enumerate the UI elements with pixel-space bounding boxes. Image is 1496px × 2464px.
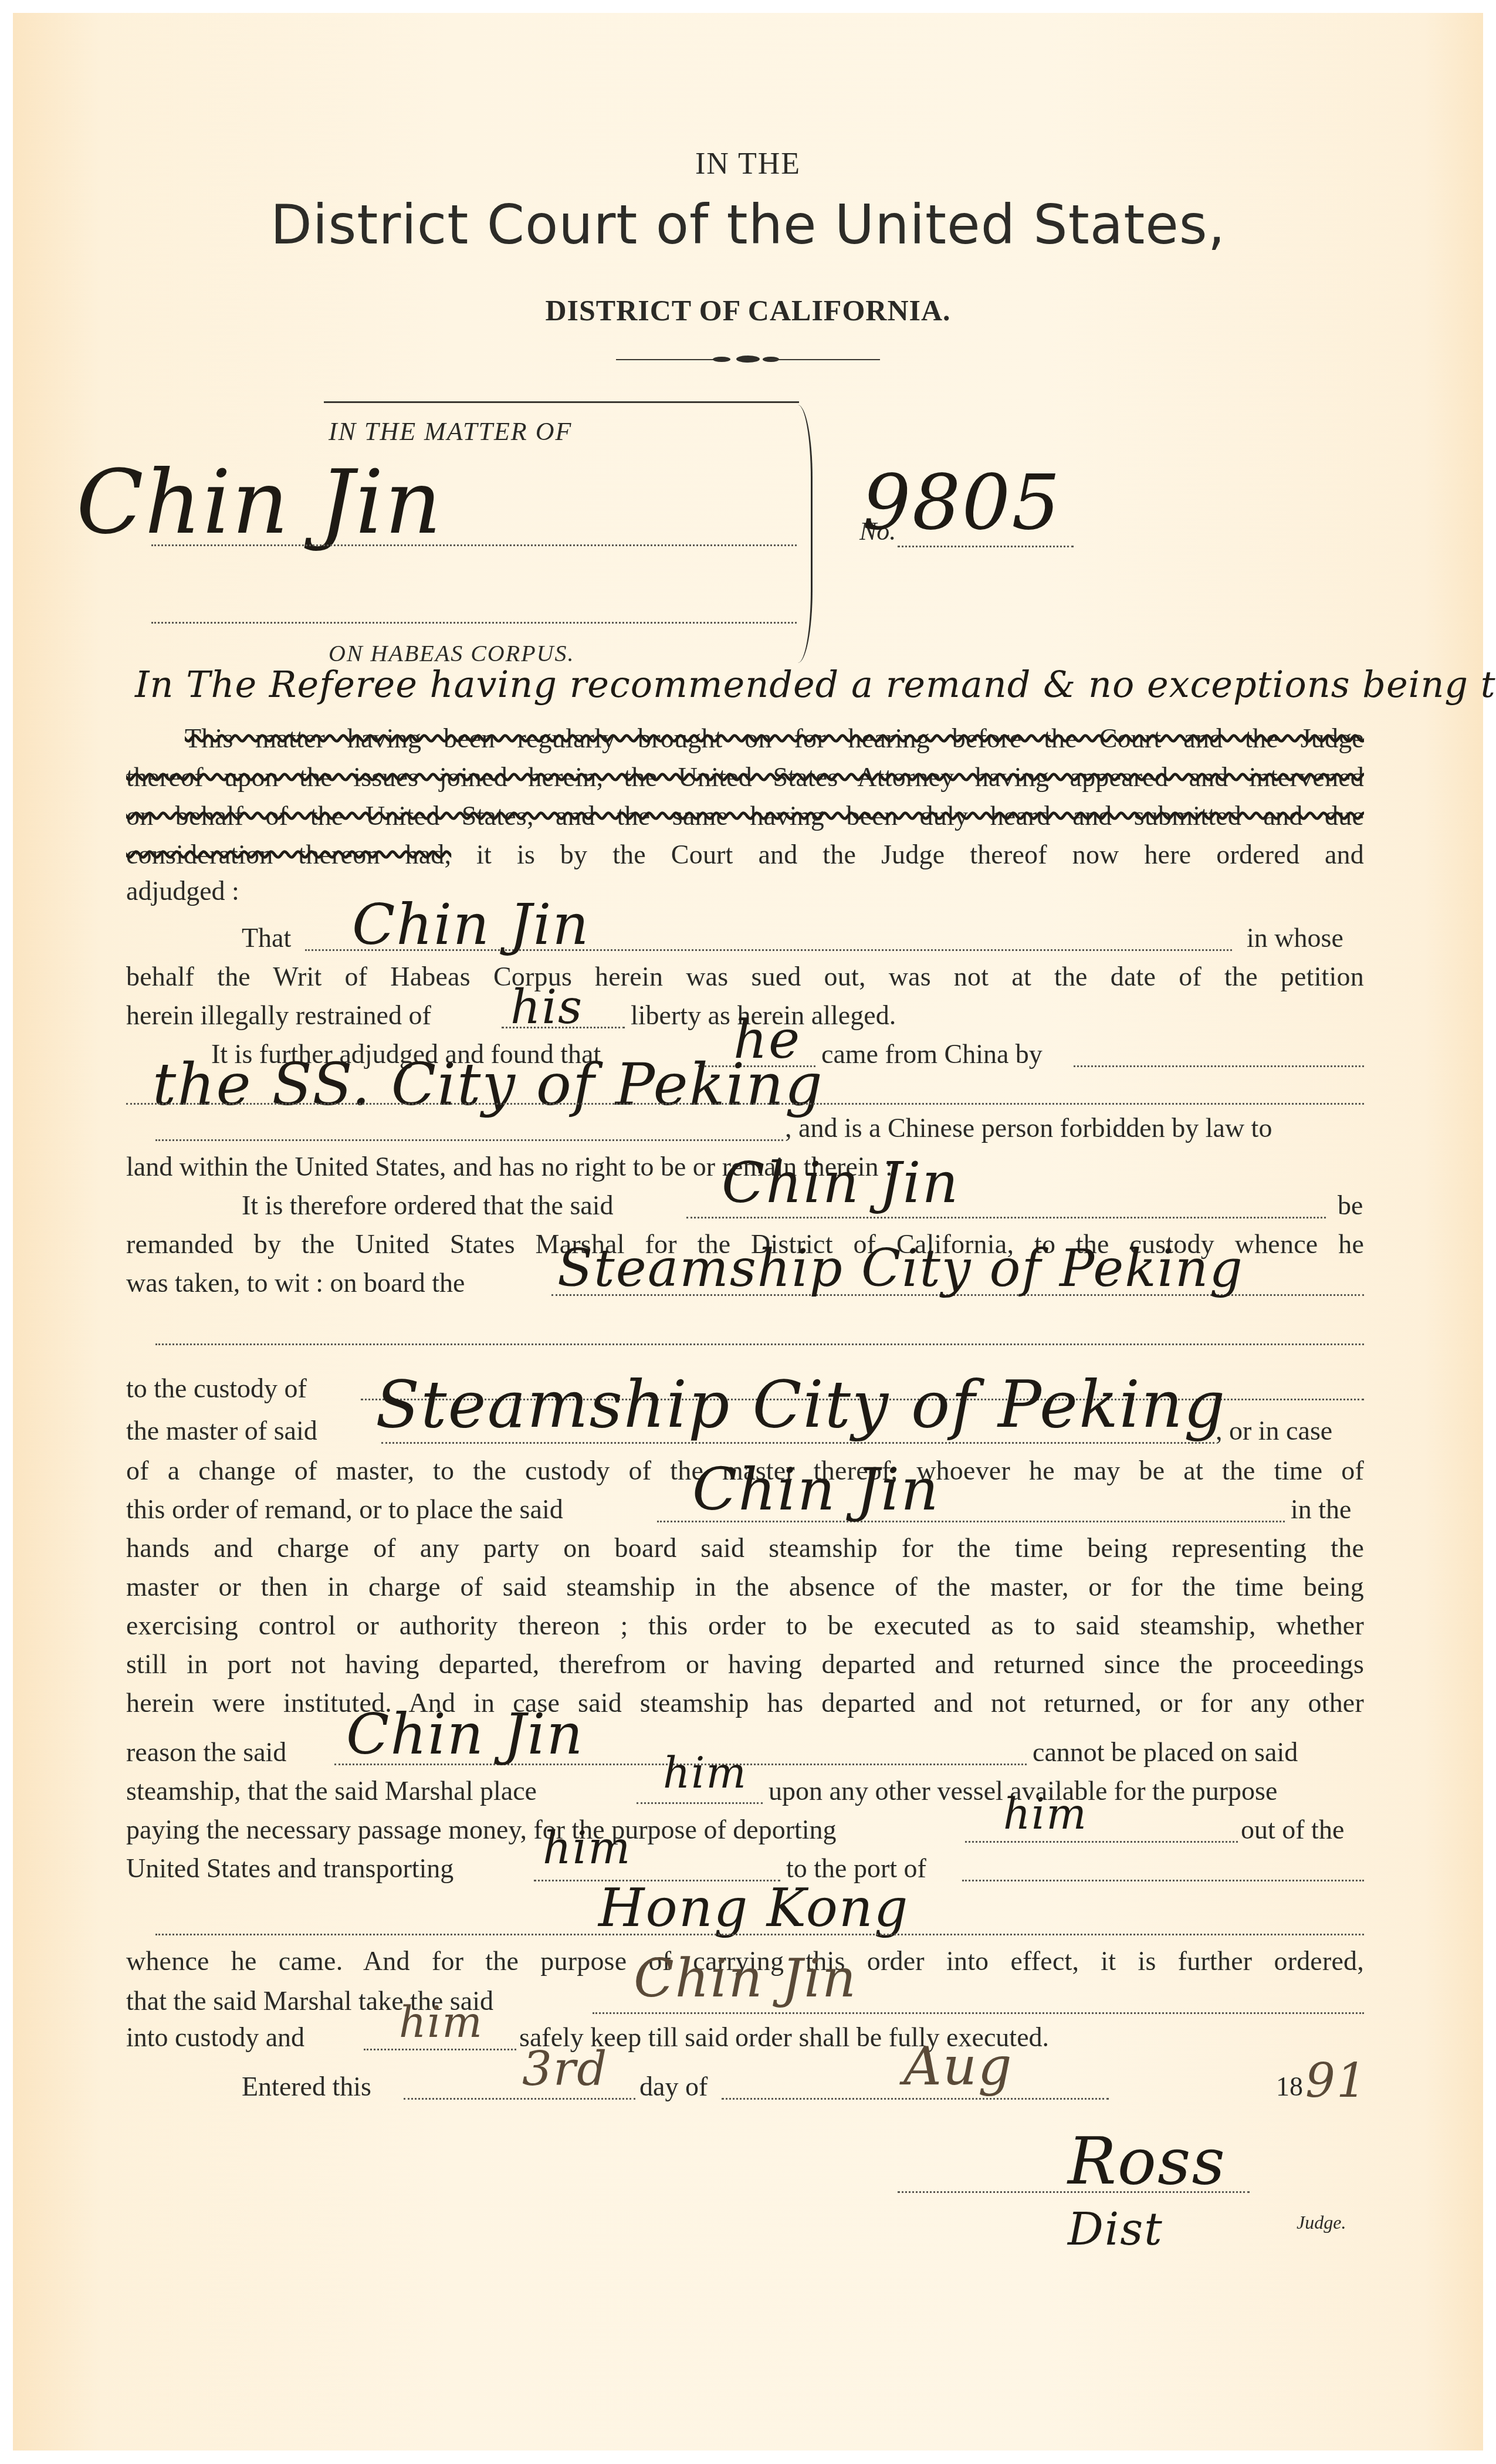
body-line-4: consideration thereon had, it is by the … bbox=[126, 839, 1364, 870]
body-line-2: thereof upon the issues joined herein, t… bbox=[126, 761, 1364, 793]
blank bbox=[1074, 1065, 1364, 1067]
handwritten-insert: In The Referee having recommended a rema… bbox=[135, 663, 1496, 706]
body-line-8a: herein illegally restrained of bbox=[126, 1000, 431, 1031]
fill-name-4: Chin Jin bbox=[346, 1701, 584, 1767]
year-fill: 91 bbox=[1305, 2053, 1368, 2108]
court-title: District Court of the United States, bbox=[0, 194, 1496, 256]
blank bbox=[637, 1802, 763, 1804]
fill-name-3: Chin Jin bbox=[692, 1455, 940, 1524]
day-fill: 3rd bbox=[522, 2042, 608, 2096]
matter-label: IN THE MATTER OF bbox=[329, 417, 572, 446]
header-in-the: IN THE bbox=[0, 147, 1496, 181]
fill-his: his bbox=[510, 980, 583, 1034]
caption-rule bbox=[324, 401, 799, 403]
blank bbox=[593, 2012, 1364, 2014]
judge-label: Judge. bbox=[1297, 2212, 1346, 2233]
caption-blank-line bbox=[151, 622, 797, 624]
body-line-26b: cannot be placed on said bbox=[1033, 1737, 1298, 1768]
judge-title-handwritten: Dist bbox=[1068, 2203, 1163, 2255]
body-line-17a: to the custody of bbox=[126, 1373, 307, 1404]
case-number: 9805 bbox=[862, 458, 1061, 547]
fill-him-2: him bbox=[1003, 1789, 1088, 1839]
day-blank bbox=[404, 2098, 635, 2100]
judge-signature: Ross bbox=[1068, 2124, 1226, 2199]
body-line-28b: out of the bbox=[1241, 1814, 1344, 1845]
day-of-label: day of bbox=[639, 2071, 708, 2102]
month-fill: Aug bbox=[903, 2036, 1013, 2097]
fill-him-4: him bbox=[399, 1998, 483, 2047]
body-line-15a: was taken, to wit : on board the bbox=[126, 1267, 465, 1298]
petitioner-name: Chin Jin bbox=[76, 452, 442, 554]
body-line-29a: United States and transporting bbox=[126, 1853, 453, 1884]
month-blank bbox=[722, 2098, 1109, 2100]
blank bbox=[965, 1841, 1238, 1843]
body-line-13a: It is therefore ordered that the said bbox=[242, 1190, 614, 1221]
body-line-28a: paying the necessary passage money, for … bbox=[126, 1814, 837, 1845]
blank bbox=[155, 1934, 1364, 1935]
in-whose-label: in whose bbox=[1247, 922, 1343, 953]
blank bbox=[962, 1880, 1364, 1881]
body-line-3: on behalf of the United States, and the … bbox=[126, 800, 1364, 831]
signature-line bbox=[898, 2191, 1250, 2193]
body-line-11: , and is a Chinese person forbidden by l… bbox=[785, 1112, 1272, 1143]
body-line-25: herein were instituted. And in case said… bbox=[126, 1687, 1364, 1718]
ornament-divider bbox=[616, 356, 880, 364]
blank bbox=[155, 1343, 1364, 1345]
body-line-21: hands and charge of any party on board s… bbox=[126, 1532, 1364, 1563]
that-label: That bbox=[242, 922, 291, 953]
body-line-22: master or then in charge of said steamsh… bbox=[126, 1571, 1364, 1602]
body-line-5: adjudged : bbox=[126, 875, 239, 906]
body-line-27a: steamship, that the said Marshal place bbox=[126, 1775, 537, 1806]
fill-him-3: him bbox=[543, 1822, 631, 1874]
district-title: DISTRICT OF CALIFORNIA. bbox=[0, 293, 1496, 327]
fill-him-1: him bbox=[663, 1748, 747, 1798]
body-line-20a: this order of remand, or to place the sa… bbox=[126, 1494, 563, 1525]
body-line-18b: , or in case bbox=[1216, 1415, 1332, 1446]
body-line-9b: came from China by bbox=[821, 1038, 1043, 1069]
blank bbox=[126, 1103, 1364, 1105]
body-line-26a: reason the said bbox=[126, 1737, 286, 1768]
body-line-23: exercising control or authority thereon … bbox=[126, 1610, 1364, 1641]
fill-vessel-2: Steamship City of Peking bbox=[557, 1238, 1244, 1298]
that-name-fill: Chin Jin bbox=[352, 892, 590, 957]
fill-port: Hong Kong bbox=[598, 1877, 909, 1939]
body-line-33a: into custody and bbox=[126, 2022, 304, 2053]
caption-blank-line bbox=[151, 544, 797, 546]
body-line-7: behalf the Writ of Habeas Corpus herein … bbox=[126, 961, 1364, 992]
case-number-line bbox=[898, 546, 1074, 547]
body-line-1: This matter having been regularly brough… bbox=[126, 723, 1364, 754]
fill-vessel-3: Steamship City of Peking bbox=[375, 1367, 1226, 1442]
blank bbox=[155, 1139, 783, 1141]
blank bbox=[686, 1217, 1326, 1219]
blank bbox=[364, 2049, 516, 2050]
body-line-13b: be bbox=[1338, 1190, 1363, 1221]
fill-vessel-1: the SS. City of Peking bbox=[153, 1050, 824, 1119]
fill-name-2: Chin Jin bbox=[722, 1150, 959, 1216]
year-prefix: 18 bbox=[1276, 2071, 1303, 2102]
fill-name-5: Chin Jin bbox=[634, 1948, 857, 2009]
entered-label: Entered this bbox=[242, 2071, 371, 2102]
caption-brace bbox=[798, 405, 813, 663]
blank bbox=[381, 1442, 1214, 1444]
body-line-18a: the master of said bbox=[126, 1415, 317, 1446]
body-line-20b: in the bbox=[1291, 1494, 1351, 1525]
body-line-24: still in port not having departed, there… bbox=[126, 1649, 1364, 1680]
